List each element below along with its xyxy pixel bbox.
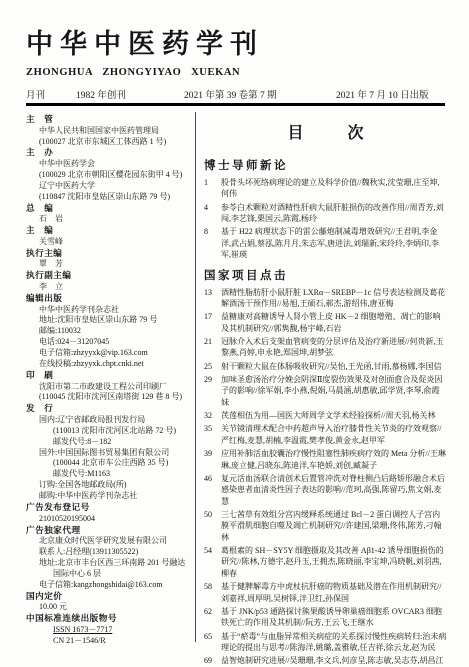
toc-item-text: 射干颗粒大鼠在体肠吸收研究//吴怡,王光函,甘雨,慕杨娜,李国信 xyxy=(221,361,447,372)
masthead-section: 主 办中华中医药学会(100029 北京市朝阳区樱花园东街甲 4 号)辽宁中医药… xyxy=(26,147,192,202)
toc-item-page: 13 xyxy=(204,287,221,310)
masthead-section-label: 发 行 xyxy=(26,403,192,415)
toc-item-text: 三七茜草有效组分宫内缓释系统通过 Bcl－2 蛋白调控人子宫内膜平滑肌细胞自噬及… xyxy=(221,509,447,543)
masthead-section: 国内定价10.00 元 xyxy=(26,591,192,614)
masthead-line: (110013 沈阳市沈河区北站路 72 号) xyxy=(26,426,192,437)
masthead-line: 电子信箱:zhzyyxk@vip.163.com xyxy=(26,348,192,359)
masthead-line-text: ISSN 1673－7717 xyxy=(53,625,112,634)
toc-item: 21冠脉介入术后支架血管病变的分层评估及治疗新进展//何贵新,玉黎燕,肖婷,申永… xyxy=(204,336,447,359)
toc-item-text: 关节镜清理术配合中药超声导入治疗膝骨性关节炎的疗效观察//严红梅,麦慧,胡楠,李… xyxy=(221,423,447,446)
masthead-section: 印 刷沈阳市第二市政建设工程公司印刷厂(110045 沈阳市沈河区南塔街 129… xyxy=(26,370,192,403)
masthead-line: 国内:辽宁省邮政局报刊发行局 xyxy=(26,415,192,426)
masthead-line: (110045 沈阳市沈河区南塔街 129 巷 8 号) xyxy=(26,392,192,403)
toc-item-text: 基于 JNK/p53 通路探讨熊果酸诱导卵巢癌细胞系 OVCAR3 细胞铁死亡的… xyxy=(221,606,447,629)
masthead-line: ISSN 1673－7717 xyxy=(26,625,192,636)
toc-item-text: 酒精性脂肪肝小鼠肝脏 LXRα－SREBP－1c 信号表达检测及葛花解酒汤干预作… xyxy=(221,287,447,310)
masthead-line: 石 岩 xyxy=(26,214,192,225)
toc-item-text: 股骨头坏死络病理论的建立及科学价值//魏秋实,沈莹珊,庄至坤,何伟 xyxy=(221,177,447,200)
masthead-line: 沈阳市第二市政建设工程公司印刷厂 xyxy=(26,382,192,393)
toc-section-heading: 国家项目点击 xyxy=(204,267,447,283)
toc-item: 46复元活血汤联合清创术后置管冲洗对脊柱侧凸后路矫形融合术后感染患者血清炎性因子… xyxy=(204,473,447,507)
toc-item-text: 基于 H22 病理状态下的雷公藤炮制减毒增效研究//王君明,李金洋,武占娟,蔡泓… xyxy=(221,226,447,260)
toc-item-page: 8 xyxy=(204,226,221,260)
toc-item-page: 50 xyxy=(204,509,221,543)
toc-item-page: 54 xyxy=(204,545,221,579)
masthead-section-label: 执行副主编 xyxy=(26,270,192,282)
masthead-line: 国外:中国国际图书贸易集团有限公司 xyxy=(26,448,192,459)
masthead-section-label: 广告发布登记号 xyxy=(26,502,192,514)
toc-section: 国家项目点击13酒精性脂肪肝小鼠肝脏 LXRα－SREBP－1c 信号表达检测及… xyxy=(204,267,447,667)
toc-item-page: 21 xyxy=(204,336,221,359)
masthead-line: 中华中医药学刊杂志社 xyxy=(26,305,192,316)
journal-title: 中华中医药学刊 xyxy=(26,22,445,61)
masthead-line: CN 21－1546/R xyxy=(26,636,192,647)
toc-item-page: 58 xyxy=(204,581,221,604)
masthead-line: 李 立 xyxy=(26,282,192,293)
toc-item: 17益糖康对高糖诱导人肾小管上皮 HK－2 细胞增殖、凋亡的影响及其机制研究//… xyxy=(204,311,447,334)
masthead-line: (100027 北京市东城区工体西路 1 号) xyxy=(26,137,192,148)
masthead-line: 国际中心 6 层 xyxy=(26,569,192,580)
masthead-line: (110847 沈阳市皇姑区崇山东路 79 号) xyxy=(26,192,192,203)
masthead-line: 电话:024－31207045 xyxy=(26,337,192,348)
masthead-line: 订购:全国各地邮政局(所) xyxy=(26,480,192,491)
publish-date: 2021 年 7 月 10 日出版 xyxy=(336,87,445,101)
toc-title-char-left: 目 xyxy=(287,120,303,143)
toc-item-text: 参苓白术颗粒对酒精性肝病大鼠肝脏损伤的改善作用//周青芳,刘闯,李艺锋,栗国云,… xyxy=(221,202,447,225)
toc-section-heading: 博士导师新论 xyxy=(204,157,447,173)
toc-item-page: 62 xyxy=(204,606,221,629)
toc-item: 8基于 H22 病理状态下的雷公藤炮制减毒增效研究//王君明,李金洋,武占娟,蔡… xyxy=(204,226,447,260)
masthead-line: 关雪峰 xyxy=(26,237,192,248)
toc-item-page: 32 xyxy=(204,410,221,421)
toc-section: 博士导师新论1股骨头坏死络病理论的建立及科学价值//魏秋实,沈莹珊,庄至坤,何伟… xyxy=(204,157,447,261)
masthead-section-label: 国内定价 xyxy=(26,591,192,603)
masthead-line: 覃 芳 xyxy=(26,259,192,270)
masthead-line: (100044 北京市车公庄西路 35 号) xyxy=(26,458,192,469)
toc-item-page: 39 xyxy=(204,448,221,471)
masthead-section: 广告独家代理北京康众时代医学研究发展有限公司联系人:吕经理(1391130552… xyxy=(26,525,192,591)
masthead-section-label: 主 办 xyxy=(26,147,192,159)
masthead-line: 10.00 元 xyxy=(26,602,192,613)
masthead-line: 21010520195004 xyxy=(26,514,192,525)
masthead-line: 辽宁中医药大学 xyxy=(26,181,192,192)
masthead-section: 编辑出版中华中医药学刊杂志社地址:沈阳市皇姑区崇山东路 79 号邮编:11003… xyxy=(26,293,192,370)
masthead-line: (100029 北京市朝阳区樱花园东街甲 4 号) xyxy=(26,170,192,181)
masthead-line: 北京康众时代医学研究发展有限公司 xyxy=(26,536,192,547)
toc-item: 39应用补肺活血胶囊治疗慢性阻塞性肺疾病疗效的 Meta 分析//王琳琳,庞立健… xyxy=(204,448,447,471)
toc-item: 1股骨头坏死络病理论的建立及科学价值//魏秋实,沈莹珊,庄至坤,何伟 xyxy=(204,177,447,200)
toc-item-text: 冠脉介入术后支架血管病变的分层评估及治疗新进展//何贵新,玉黎燕,肖婷,申永艳,… xyxy=(221,336,447,359)
masthead-section-label: 执行主编 xyxy=(26,248,192,260)
journal-title-pinyin: ZHONGHUA ZHONGYIYAO XUEKAN xyxy=(26,67,445,78)
masthead-section-label: 编辑出版 xyxy=(26,293,192,305)
toc-item-page: 69 xyxy=(204,655,221,666)
masthead-section-label: 印 刷 xyxy=(26,370,192,382)
founded-year: 1982 年创刊 xyxy=(76,87,184,101)
toc-item-page: 25 xyxy=(204,361,221,372)
volume-issue: 2021 年第 39 卷第 7 期 xyxy=(184,87,336,101)
masthead-line: 中华人民共和国国家中医药管理局 xyxy=(26,126,192,137)
issue-info-row: 月刊 1982 年创刊 2021 年第 39 卷第 7 期 2021 年 7 月… xyxy=(26,87,445,101)
toc-item-text: 葛根素的 SH－SY5Y 细胞摄取及其改善 Aβ1-42 诱导细胞损伤的研究//… xyxy=(221,545,447,579)
masthead-line: 地址:沈阳市皇姑区崇山东路 79 号 xyxy=(26,315,192,326)
toc-item: 50三七茜草有效组分宫内缓释系统通过 Bcl－2 蛋白调控人子宫内膜平滑肌细胞自… xyxy=(204,509,447,543)
toc-item-text: 复元活血汤联合清创术后置管冲洗对脊柱侧凸后路矫形融合术后感染患者血清炎性因子表达… xyxy=(221,473,447,507)
toc-sections: 博士导师新论1股骨头坏死络病理论的建立及科学价值//魏秋实,沈莹珊,庄至坤,何伟… xyxy=(204,157,447,667)
masthead-section: 中国标准连续出版物号ISSN 1673－7717CN 21－1546/R xyxy=(26,613,192,646)
toc-item: 35关节镜清理术配合中药超声导入治疗膝骨性关节炎的疗效观察//严红梅,麦慧,胡楠… xyxy=(204,423,447,446)
toc-item: 58基于健脾解毒方中虎杖抗肝癌的物质基础及潜在作用机制研究//刘嘉祥,周厚明,吴… xyxy=(204,581,447,604)
masthead: 中华中医药学刊 ZHONGHUA ZHONGYIYAO XUEKAN 月刊 19… xyxy=(26,22,445,101)
toc-item-page: 4 xyxy=(204,202,221,225)
masthead-section-label: 总 编 xyxy=(26,203,192,215)
toc-item: 4参苓白术颗粒对酒精性肝病大鼠肝脏损伤的改善作用//周青芳,刘闯,李艺锋,栗国云… xyxy=(204,202,447,225)
toc-item-page: 1 xyxy=(204,177,221,200)
masthead-line: 地址:北京市丰台区西三环南路 201 号融达 xyxy=(26,558,192,569)
masthead-line: 邮编:110032 xyxy=(26,326,192,337)
toc-column: 目 次 博士导师新论1股骨头坏死络病理论的建立及科学价值//魏秋实,沈莹珊,庄至… xyxy=(204,112,447,667)
toc-item-page: 65 xyxy=(204,631,221,654)
toc-item-page: 35 xyxy=(204,423,221,446)
toc-item-text: 益糖康对高糖诱导人肾小管上皮 HK－2 细胞增殖、凋亡的影响及其机制研究//郭隽… xyxy=(221,311,447,334)
masthead-section: 总 编石 岩 xyxy=(26,203,192,226)
masthead-section-label: 主 管 xyxy=(26,114,192,126)
masthead-line: 邮发代号:8－182 xyxy=(26,437,192,448)
toc-title: 目 次 xyxy=(204,120,447,143)
toc-item-text: 基于健脾解毒方中虎杖抗肝癌的物质基础及潜在作用机制研究//刘嘉祥,周厚明,吴树铎… xyxy=(221,581,447,604)
toc-item-text: 加味圣愈汤治疗分娩会阴深Ⅱ度裂伤效果及对创面愈合及促炎因子的影响//徐军娟,李小… xyxy=(221,374,447,408)
toc-item-page: 17 xyxy=(204,311,221,334)
masthead-section: 主 编关雪峰 xyxy=(26,225,192,248)
masthead-line: 邮购:中华中医药学刊杂志社 xyxy=(26,491,192,502)
masthead-info-column: 主 管中华人民共和国国家中医药管理局(100027 北京市东城区工体西路 1 号… xyxy=(26,114,192,647)
toc-item: 29加味圣愈汤治疗分娩会阴深Ⅱ度裂伤效果及对创面愈合及促炎因子的影响//徐军娟,… xyxy=(204,374,447,408)
masthead-section: 广告发布登记号21010520195004 xyxy=(26,502,192,525)
toc-item-text: 益智炮制研究进展//吴珊珊,李文兵,何彦呈,陈志敏,吴志芬,胡昌江 xyxy=(221,655,447,666)
toc-item: 62基于 JNK/p53 通路探讨熊果酸诱导卵巢癌细胞系 OVCAR3 细胞铁死… xyxy=(204,606,447,629)
masthead-section-label: 主 编 xyxy=(26,225,192,237)
toc-item-text: 基于“瘀毒”与血脂异常相关病症的关系探讨慢性疾病转归:治未病理论的提出与思考//… xyxy=(221,631,447,654)
toc-item: 69益智炮制研究进展//吴珊珊,李文兵,何彦呈,陈志敏,吴志芬,胡昌江 xyxy=(204,655,447,666)
masthead-section: 执行副主编李 立 xyxy=(26,270,192,293)
masthead-line: 邮发代号:M1163 xyxy=(26,469,192,480)
journal-toc-page: 中华中医药学刊 ZHONGHUA ZHONGYIYAO XUEKAN 月刊 19… xyxy=(0,0,469,667)
masthead-line: 电子信箱:kangzhongshidai@163.com xyxy=(26,580,192,591)
column-divider xyxy=(195,112,196,642)
toc-item: 54葛根素的 SH－SY5Y 细胞摄取及其改善 Aβ1-42 诱导细胞损伤的研究… xyxy=(204,545,447,579)
masthead-line: 中华中医药学会 xyxy=(26,159,192,170)
masthead-line: 在线投稿:zhzyyxk.chpt.cnki.net xyxy=(26,359,192,370)
publication-frequency: 月刊 xyxy=(26,87,76,101)
toc-item-page: 46 xyxy=(204,473,221,507)
toc-item: 65基于“瘀毒”与血脂异常相关病症的关系探讨慢性疾病转归:治未病理论的提出与思考… xyxy=(204,631,447,654)
masthead-section: 执行主编覃 芳 xyxy=(26,248,192,271)
toc-title-char-right: 次 xyxy=(348,120,364,143)
toc-item-text: 芪莲相伍为用—国医大师周学文学术经验探析//周天羽,杨关林 xyxy=(221,410,447,421)
header-rule xyxy=(26,103,445,106)
masthead-section-label: 广告独家代理 xyxy=(26,525,192,537)
masthead-section: 发 行国内:辽宁省邮政局报刊发行局(110013 沈阳市沈河区北站路 72 号)… xyxy=(26,403,192,502)
toc-item: 32芪莲相伍为用—国医大师周学文学术经验探析//周天羽,杨关林 xyxy=(204,410,447,421)
toc-item-text: 应用补肺活血胶囊治疗慢性阻塞性肺疾病疗效的 Meta 分析//王琳琳,庞立健,吕… xyxy=(221,448,447,471)
toc-item: 13酒精性脂肪肝小鼠肝脏 LXRα－SREBP－1c 信号表达检测及葛花解酒汤干… xyxy=(204,287,447,310)
masthead-section: 主 管中华人民共和国国家中医药管理局(100027 北京市东城区工体西路 1 号… xyxy=(26,114,192,147)
masthead-line: 联系人:吕经理(13911305522) xyxy=(26,547,192,558)
toc-item: 25射干颗粒大鼠在体肠吸收研究//吴怡,王光函,甘雨,慕杨娜,李国信 xyxy=(204,361,447,372)
toc-item-page: 29 xyxy=(204,374,221,408)
masthead-section-label: 中国标准连续出版物号 xyxy=(26,613,192,625)
